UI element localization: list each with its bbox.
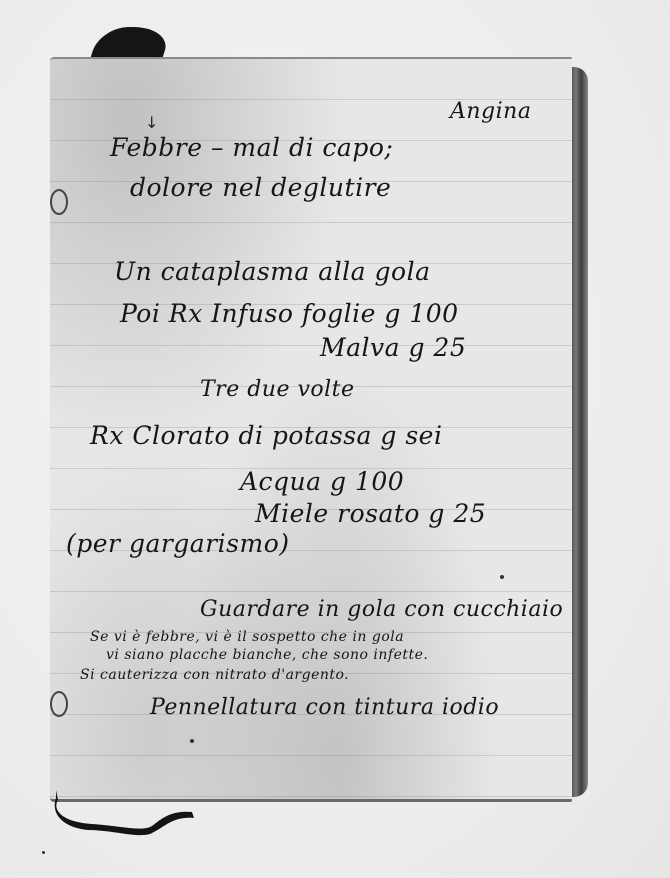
ink-dot xyxy=(500,575,504,579)
note-line-4: Si cauterizza con nitrato d'argento. xyxy=(80,667,349,683)
prescription-line-1: Rx Clorato di potassa g sei xyxy=(90,421,442,450)
arrow-mark-icon: ↓ xyxy=(145,113,158,132)
treatment-line-1: Un cataplasma alla gola xyxy=(114,257,430,286)
note-line-2: Se vi è febbre, vi è il sospetto che in … xyxy=(90,629,404,645)
prescription-purpose: (per gargarismo) xyxy=(66,529,290,558)
notebook: Angina ↓ Febbre – mal di capo; dolore ne… xyxy=(46,57,572,800)
note-line-1: Guardare in gola con cucchiaio xyxy=(200,597,563,622)
note-line-5: Pennellatura con tintura iodio xyxy=(150,695,499,720)
symptom-line-2: dolore nel deglutire xyxy=(130,173,391,202)
note-line-3: vi siano placche bianche, che sono infet… xyxy=(106,647,428,663)
binding-loop-top xyxy=(50,189,68,215)
page-heading: Angina xyxy=(450,99,531,124)
dust-speck xyxy=(42,851,45,854)
bookmark-ribbon-bottom xyxy=(52,790,202,840)
symptom-line-1: Febbre – mal di capo; xyxy=(110,133,393,162)
dosage-frequency: Tre due volte xyxy=(200,377,355,402)
treatment-line-3: Malva g 25 xyxy=(320,333,466,362)
treatment-line-2: Poi Rx Infuso foglie g 100 xyxy=(120,299,459,328)
prescription-line-3: Miele rosato g 25 xyxy=(255,499,486,528)
ink-stain xyxy=(190,739,194,743)
binding-loop-bottom xyxy=(50,691,68,717)
notebook-page: Angina ↓ Febbre – mal di capo; dolore ne… xyxy=(50,57,572,802)
prescription-line-2: Acqua g 100 xyxy=(240,467,404,496)
